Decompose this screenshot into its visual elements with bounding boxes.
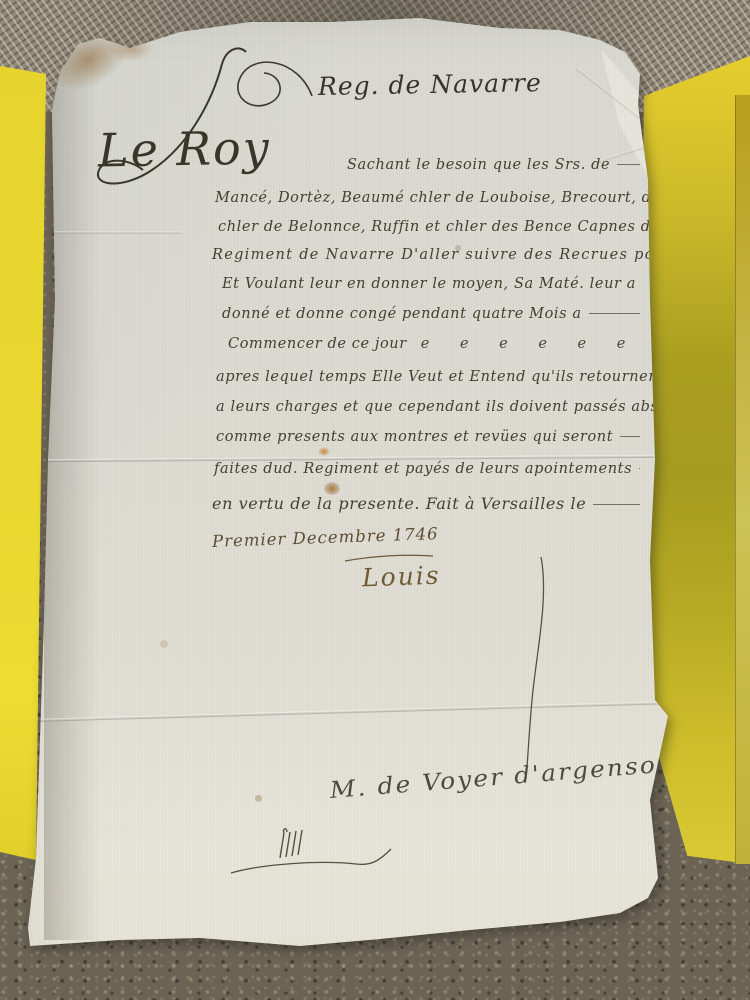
manuscript-line-text: faites dud. Regiment et payés de leurs a…: [214, 461, 632, 477]
manuscript-line: faites dud. Regiment et payés de leurs a…: [214, 461, 640, 477]
manuscript-line: comme presents aux montres et revües qui…: [216, 429, 640, 445]
manuscript-line-text: Sachant le besoin que les Srs. de: [347, 157, 610, 173]
ruled-trail: [639, 468, 640, 469]
manuscript-line-text: chler de Belonnce, Ruffin et chler des B…: [218, 219, 710, 235]
manuscript-line: chler de Belonnce, Ruffin et chler des B…: [218, 219, 640, 235]
manuscript-line-text: a leurs charges et que cependant ils doi…: [216, 399, 696, 415]
ruled-trail: [617, 164, 640, 165]
manuscript-line-text: Commencer de ce jour: [228, 336, 407, 352]
manuscript-line: donné et donne congé pendant quatre Mois…: [222, 306, 640, 322]
manuscript-line-text: Et Voulant leur en donner le moyen, Sa M…: [222, 276, 636, 292]
ruled-trail: [589, 313, 640, 314]
ruled-trail: [620, 436, 640, 437]
manuscript-line-text: apres lequel temps Elle Veut et Entend q…: [216, 369, 665, 385]
manuscript-line: Et Voulant leur en donner le moyen, Sa M…: [222, 276, 640, 292]
manuscript-line: a leurs charges et que cependant ils doi…: [216, 399, 640, 415]
manuscript-line-text: donné et donne congé pendant quatre Mois…: [222, 306, 582, 322]
manuscript-line-text: Mancé, Dortèz, Beaumé chler de Louboise,…: [215, 190, 727, 206]
manuscript-line: en vertu de la presente. Fait à Versaill…: [212, 494, 640, 513]
manuscript-line: apres lequel temps Elle Veut et Entend q…: [216, 369, 640, 385]
manuscript-line-text: en vertu de la presente. Fait à Versaill…: [212, 494, 586, 513]
ruled-trail: [593, 504, 640, 505]
regiment-header: Reg. de Navarre: [318, 68, 542, 101]
manuscript-line-text: comme presents aux montres et revües qui…: [216, 429, 613, 445]
manuscript-line-text: Regiment de Navarre D'aller suivre des R…: [212, 247, 750, 263]
manuscript-line: Commencer de ce jour e e e e e e é d: [228, 336, 640, 352]
manuscript-line: Mancé, Dortèz, Beaumé chler de Louboise,…: [215, 190, 640, 206]
paper-sheet: Reg. de Navarre Le Roy Sachant le besoin…: [0, 0, 750, 1000]
royal-heading: Le Roy: [98, 120, 272, 177]
royal-signature: Louis: [362, 561, 442, 593]
manuscript-line: Sachant le besoin que les Srs. de: [347, 157, 640, 173]
manuscript-paper: Reg. de Navarre Le Roy Sachant le besoin…: [0, 0, 750, 1000]
line-filler-squiggles: e e e e e e é d: [421, 336, 718, 352]
manuscript-line: Regiment de Navarre D'aller suivre des R…: [212, 247, 640, 263]
